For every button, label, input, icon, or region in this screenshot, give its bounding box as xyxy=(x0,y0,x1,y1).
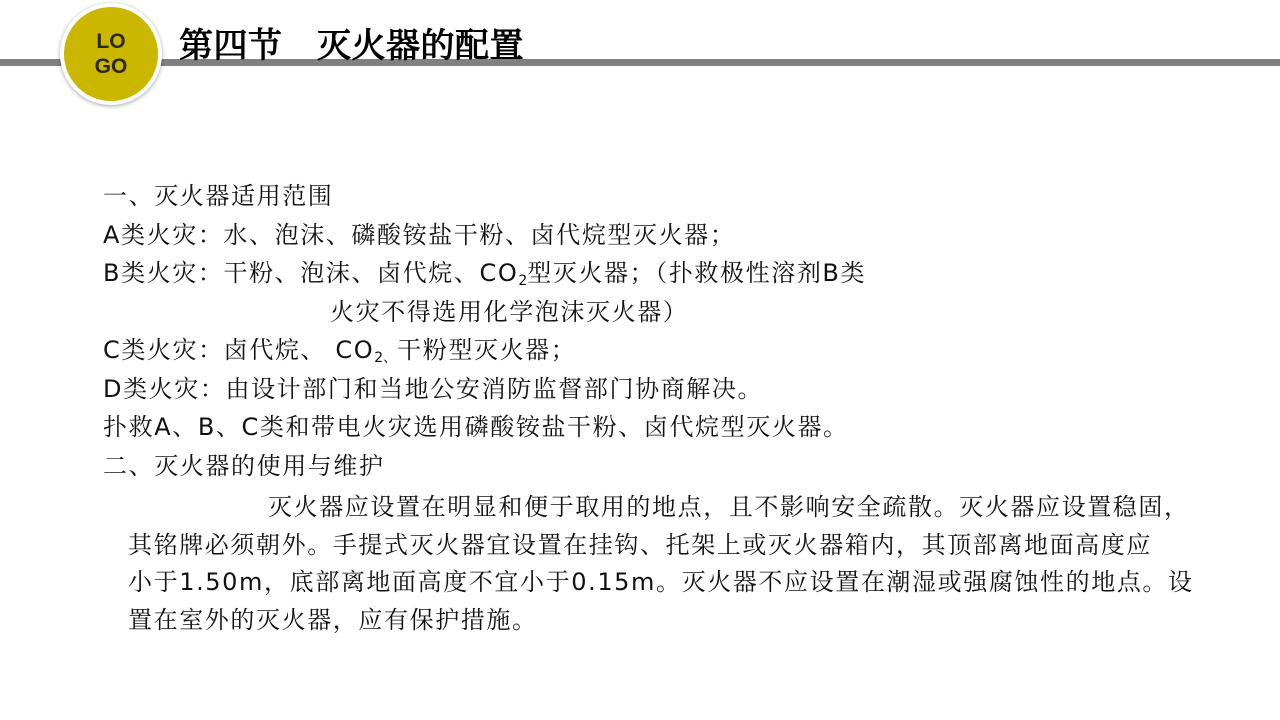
combined-fire-line: 扑救A、B、C类和带电火灾选用磷酸铵盐干粉、卤代烷型灭火器。 xyxy=(103,408,1233,447)
class-d-fire-line: D类火灾：由设计部门和当地公安消防监督部门协商解决。 xyxy=(103,370,1233,409)
class-c-suffix: 干粉型灭火器； xyxy=(397,336,576,364)
section-2-heading: 二、灭火器的使用与维护 xyxy=(103,447,1233,486)
class-b-fire-line: B类火灾：干粉、泡沫、卤代烷、CO2型灭火器；（扑救极性溶剂B类 xyxy=(103,254,1233,293)
class-c-separator: 、 xyxy=(383,350,397,366)
class-b-continuation: 火灾不得选用化学泡沫灭火器） xyxy=(103,293,1233,332)
logo-badge: LO GO xyxy=(60,3,162,105)
section-2-paragraph: 灭火器应设置在明显和便于取用的地点，且不影响安全疏散。灭火器应设置稳固， 其铭牌… xyxy=(128,489,1238,639)
slide-title: 第四节 灭火器的配置 xyxy=(179,24,524,68)
paragraph-line: 置在室外的灭火器，应有保护措施。 xyxy=(128,602,1238,640)
logo-text-line1: LO xyxy=(96,29,125,54)
section-1-heading: 一、灭火器适用范围 xyxy=(103,177,1233,216)
logo-text-line2: GO xyxy=(95,54,128,79)
paragraph-line: 其铭牌必须朝外。手提式灭火器宜设置在挂钩、托架上或灭火器箱内，其顶部离地面高度应 xyxy=(128,527,1238,565)
class-b-prefix: B类火灾：干粉、泡沫、卤代烷、CO xyxy=(103,259,518,287)
class-b-suffix: 型灭火器；（扑救极性溶剂B类 xyxy=(527,259,866,287)
co2-subscript: 2 xyxy=(374,350,383,366)
class-c-prefix: C类火灾：卤代烷、 CO xyxy=(103,336,374,364)
class-a-fire-line: A类火灾：水、泡沫、磷酸铵盐干粉、卤代烷型灭火器； xyxy=(103,216,1233,255)
co2-subscript: 2 xyxy=(518,273,527,289)
paragraph-line: 灭火器应设置在明显和便于取用的地点，且不影响安全疏散。灭火器应设置稳固， xyxy=(128,489,1238,527)
section-1-content: 一、灭火器适用范围 A类火灾：水、泡沫、磷酸铵盐干粉、卤代烷型灭火器； B类火灾… xyxy=(103,177,1233,485)
paragraph-line: 小于1.50m，底部离地面高度不宜小于0.15m。灭火器不应设置在潮湿或强腐蚀性… xyxy=(128,564,1238,602)
class-c-fire-line: C类火灾：卤代烷、 CO2、干粉型灭火器； xyxy=(103,331,1233,370)
